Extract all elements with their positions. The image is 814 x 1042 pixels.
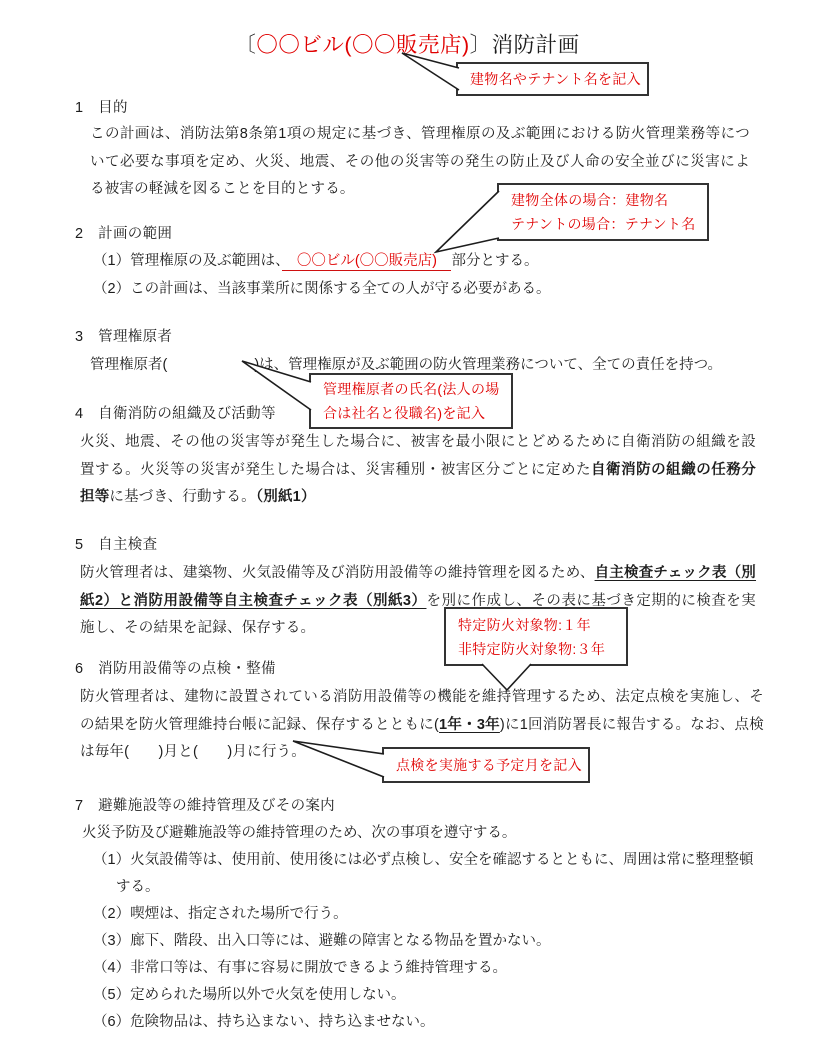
section-5-body: 防火管理者は、建築物、火気設備等及び消防用設備等の維持管理を図るため、自主検査チ… xyxy=(80,560,756,643)
section-5-heading: 5 自主検査 xyxy=(75,533,157,554)
callout-scope-line-1: 建物全体の場合：建物名 xyxy=(511,188,695,212)
section-2-item-1: （1）管理権原の及ぶ範囲は、 〇〇ビル(〇〇販売店) 部分とする。 xyxy=(93,249,538,270)
callout-scope: 建物全体の場合：建物名 テナントの場合：テナント名 xyxy=(497,183,709,241)
callout-inspection-cycle-line-1: 特定防火対象物:１年 xyxy=(458,613,614,637)
list-item: （6）危険物品は、持ち込まない、持ち込ませない。 xyxy=(93,1009,755,1036)
scope-fill-placeholder: 〇〇ビル(〇〇販売店) xyxy=(282,253,451,271)
callout-inspection-months-text: 点検を実施する予定月を記入 xyxy=(396,753,576,777)
page-title: 〔〇〇ビル(〇〇販売店)〕消防計画 xyxy=(0,28,814,59)
callout-manager-line-2: 合は社名と役職名)を記入 xyxy=(323,401,499,425)
callout-building-name-text: 建物名やテナント名を記入 xyxy=(470,67,635,91)
callout-inspection-cycle: 特定防火対象物:１年 非特定防火対象物:３年 xyxy=(444,607,628,666)
s6-report-cycle: 1年・3年 xyxy=(439,717,500,733)
callout-manager-name: 管理権原者の氏名(法人の場 合は社名と役職名)を記入 xyxy=(309,373,513,429)
title-bracket-open: 〔 xyxy=(234,33,256,57)
callout-building-name: 建物名やテナント名を記入 xyxy=(456,62,649,96)
list-item: （1）火気設備等は、使用前、使用後には必ず点検し、安全を確認するとともに、周囲は… xyxy=(93,847,755,901)
callout-scope-line-2: テナントの場合：テナント名 xyxy=(511,212,695,236)
section-2-heading: 2 計画の範囲 xyxy=(75,222,172,243)
list-item: （4）非常口等は、有事に容易に開放できるよう維持管理する。 xyxy=(93,955,755,982)
scope-text-post: 部分とする。 xyxy=(451,253,538,269)
s4-attachment-1-ref: （別紙1） xyxy=(256,489,316,505)
section-3-body: 管理権原者( )は、管理権原が及ぶ範囲の防火管理業務について、全ての責任を持つ。 xyxy=(90,353,722,374)
section-3-heading: 3 管理権原者 xyxy=(75,325,172,346)
s4-text-mid: に基づき、行動する。 xyxy=(109,489,255,505)
list-item: （5）定められた場所以外で火気を使用しない。 xyxy=(93,982,755,1009)
callout-inspection-months: 点検を実施する予定月を記入 xyxy=(382,747,590,783)
list-item: （2）喫煙は、指定された場所で行う。 xyxy=(93,901,755,928)
callout-manager-line-1: 管理権原者の氏名(法人の場 xyxy=(323,377,499,401)
section-2-item-2: （2）この計画は、当該事業所に関係する全ての人が守る必要がある。 xyxy=(93,277,551,298)
section-7-intro: 火災予防及び避難施設等の維持管理のため、次の事項を遵守する。 xyxy=(82,821,516,842)
document-page: 〔〇〇ビル(〇〇販売店)〕消防計画 1 目的 この計画は、消防法第8条第1項の規… xyxy=(0,0,814,1042)
s5-text-pre: 防火管理者は、建築物、火気設備等及び消防用設備等の維持管理を図るため、 xyxy=(80,565,595,581)
callout-inspection-cycle-line-2: 非特定防火対象物:３年 xyxy=(458,637,614,661)
scope-text-pre: （1）管理権原の及ぶ範囲は、 xyxy=(93,253,282,269)
list-item: （3）廊下、階段、出入口等には、避難の障害となる物品を置かない。 xyxy=(93,928,755,955)
section-7-heading: 7 避難施設等の維持管理及びその案内 xyxy=(75,794,335,815)
section-4-body: 火災、地震、その他の災害等が発生した場合に、被害を最小限にとどめるために自衛消防… xyxy=(80,429,756,512)
section-1-heading: 1 目的 xyxy=(75,96,128,117)
title-suffix: 〕消防計画 xyxy=(470,33,580,57)
title-building-name-placeholder: 〇〇ビル(〇〇販売店) xyxy=(256,33,469,57)
section-7-items: （1）火気設備等は、使用前、使用後には必ず点検し、安全を確認するとともに、周囲は… xyxy=(93,847,755,1036)
section-6-heading: 6 消防用設備等の点検・整備 xyxy=(75,657,276,678)
section-4-heading: 4 自衛消防の組織及び活動等 xyxy=(75,402,276,423)
